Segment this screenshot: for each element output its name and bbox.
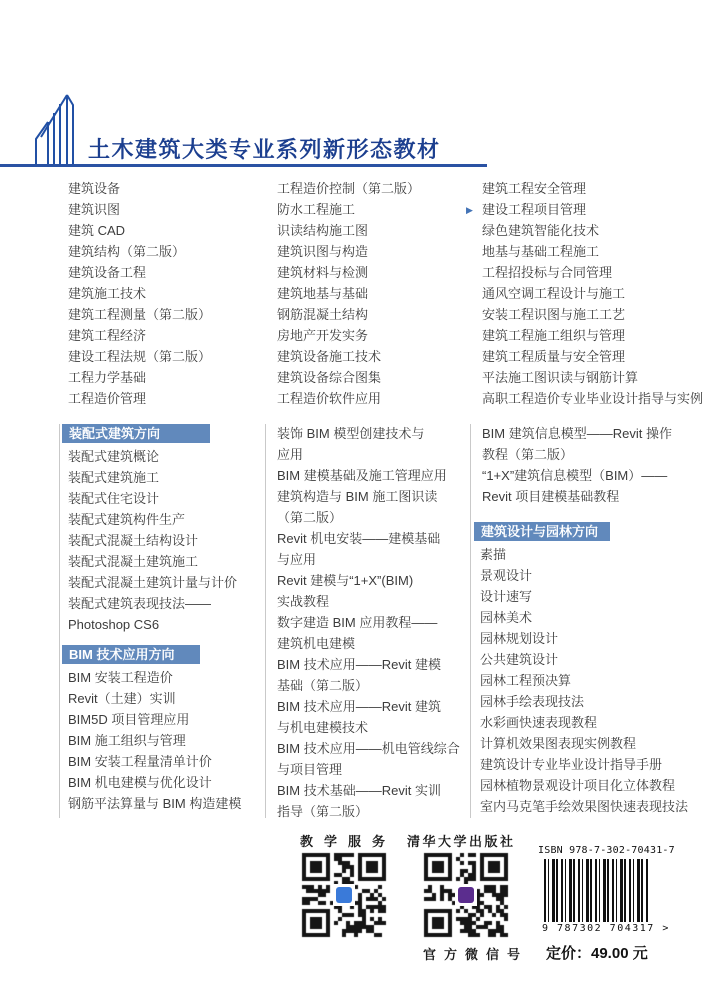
- official-wechat-label: 官方微信号: [423, 944, 528, 963]
- column-divider-right: [470, 424, 471, 818]
- book-title: ▶通风空调工程设计与施工: [482, 283, 703, 304]
- main-series-list-col-3: ▶建筑工程安全管理 ▶建设工程项目管理 ▶绿色建筑智能化技术 ▶地基与基础工程施…: [482, 178, 703, 409]
- book-title: 建筑地基与基础: [277, 283, 420, 304]
- book-title-line: BIM 建筑信息模型——Revit 操作: [482, 423, 672, 444]
- book-title: 建筑识图与构造: [277, 241, 420, 262]
- main-series-list-col-2: 工程造价控制（第二版）防水工程施工识读结构施工图建筑识图与构造建筑材料与检测建筑…: [277, 178, 420, 409]
- book-title: 钢筋平法算量与 BIM 构造建模: [68, 793, 241, 814]
- book-title: 工程力学基础: [68, 367, 211, 388]
- building-logo-icon: [33, 91, 77, 167]
- book-title: ▶工程招投标与合同管理: [482, 262, 703, 283]
- bim-book-list: BIM 安装工程造价Revit（土建）实训BIM5D 项目管理应用BIM 施工组…: [68, 667, 241, 814]
- section-design-landscape-direction: 建筑设计与园林方向 素描景观设计设计速写园林美术园林规划设计公共建筑设计园林工程…: [474, 522, 688, 817]
- teaching-service-label: 教学服务: [300, 831, 396, 850]
- book-title: 防水工程施工: [277, 199, 420, 220]
- section-prefab-direction: 装配式建筑方向 装配式建筑概论装配式建筑施工装配式住宅设计装配式建筑构件生产装配…: [62, 424, 237, 635]
- book-title: 工程造价控制（第二版）: [277, 178, 420, 199]
- column-divider-middle: [265, 424, 266, 818]
- price-label: 定价：49.00 元: [546, 942, 678, 963]
- book-title: 建筑设备施工技术: [277, 346, 420, 367]
- section-bim-direction: BIM 技术应用方向 BIM 安装工程造价Revit（土建）实训BIM5D 项目…: [62, 645, 241, 814]
- book-title: BIM 安装工程量清单计价: [68, 751, 241, 772]
- bim-book-list-col-3: BIM 建筑信息模型——Revit 操作教程（第二版）“1+X”建筑信息模型（B…: [482, 423, 672, 507]
- book-title-line: 指导（第二版）: [277, 801, 460, 822]
- book-title: 房地产开发实务: [277, 325, 420, 346]
- book-title-line: 建筑机电建模: [277, 633, 460, 654]
- book-title-line: Revit 建模与“1+X”(BIM): [277, 570, 460, 591]
- book-title: 工程造价管理: [68, 388, 211, 409]
- book-title: 装配式建筑概论: [68, 446, 237, 467]
- book-title: 建设工程法规（第二版）: [68, 346, 211, 367]
- blue-logo-chip: [336, 887, 352, 903]
- qr-code-wechat: [422, 851, 510, 939]
- book-title-line: 与应用: [277, 549, 460, 570]
- book-title-line: Revit 项目建模基础教程: [482, 486, 672, 507]
- series-title: 土木建筑大类专业系列新形态教材: [88, 133, 441, 164]
- book-title: 水彩画快速表现教程: [480, 712, 688, 733]
- book-title: BIM 安装工程造价: [68, 667, 241, 688]
- book-title: 素描: [480, 544, 688, 565]
- book-title-line: 实战教程: [277, 591, 460, 612]
- book-back-cover: 土木建筑大类专业系列新形态教材 建筑设备建筑识图建筑 CAD建筑结构（第二版）建…: [0, 0, 712, 1000]
- column-divider-left: [59, 424, 60, 818]
- book-title: 装配式建筑表现技法——: [68, 593, 237, 614]
- book-title: 建筑设计专业毕业设计指导手册: [480, 754, 688, 775]
- book-title: BIM5D 项目管理应用: [68, 709, 241, 730]
- book-title: 建筑结构（第二版）: [68, 241, 211, 262]
- qr-center-logo: [333, 884, 355, 906]
- book-title: ▶建筑工程安全管理: [482, 178, 703, 199]
- book-title: ▶绿色建筑智能化技术: [482, 220, 703, 241]
- book-title: 装配式混凝土建筑计量与计价: [68, 572, 237, 593]
- section-header-design: 建筑设计与园林方向: [474, 522, 610, 541]
- book-title: ▶建筑工程施工组织与管理: [482, 325, 703, 346]
- book-title: 钢筋混凝土结构: [277, 304, 420, 325]
- book-title-line: 装饰 BIM 模型创建技术与: [277, 423, 460, 444]
- book-title: 设计速写: [480, 586, 688, 607]
- book-title: 园林美术: [480, 607, 688, 628]
- book-title: ▶地基与基础工程施工: [482, 241, 703, 262]
- book-title: 公共建筑设计: [480, 649, 688, 670]
- book-title-line: （第二版）: [277, 507, 460, 528]
- book-title: 园林植物景观设计项目化立体教程: [480, 775, 688, 796]
- isbn-number: ISBN 978-7-302-70431-7: [538, 845, 678, 856]
- book-title: ▶建设工程项目管理: [482, 199, 703, 220]
- prefab-book-list: 装配式建筑概论装配式建筑施工装配式住宅设计装配式建筑构件生产装配式混凝土结构设计…: [68, 446, 237, 635]
- book-title: 建筑设备工程: [68, 262, 211, 283]
- current-book-arrow-icon: ▶: [466, 200, 473, 221]
- isbn-block: ISBN 978-7-302-70431-7 9 787302 704317 >…: [538, 845, 678, 963]
- publisher-label: 清华大学出版社: [407, 831, 516, 850]
- book-title: 建筑 CAD: [68, 220, 211, 241]
- book-title-line: BIM 技术应用——Revit 建模: [277, 654, 460, 675]
- book-title: 园林手绘表现技法: [480, 691, 688, 712]
- design-book-list: 素描景观设计设计速写园林美术园林规划设计公共建筑设计园林工程预决算园林手绘表现技…: [480, 544, 688, 817]
- book-title-line: “1+X”建筑信息模型（BIM）——: [482, 465, 672, 486]
- book-title: 装配式建筑施工: [68, 467, 237, 488]
- book-title: 建筑工程测量（第二版）: [68, 304, 211, 325]
- book-title-line: 建筑构造与 BIM 施工图识读: [277, 486, 460, 507]
- main-series-list-col-1: 建筑设备建筑识图建筑 CAD建筑结构（第二版）建筑设备工程建筑施工技术建筑工程测…: [68, 178, 211, 409]
- book-title: 装配式住宅设计: [68, 488, 237, 509]
- book-title: ▶建筑工程质量与安全管理: [482, 346, 703, 367]
- book-title: ▶平法施工图识读与钢筋计算: [482, 367, 703, 388]
- book-title-line: BIM 技术基础——Revit 实训: [277, 780, 460, 801]
- book-title-line: 教程（第二版）: [482, 444, 672, 465]
- qr-code-teaching-service: [300, 851, 388, 939]
- book-title-line: 数字建造 BIM 应用教程——: [277, 612, 460, 633]
- book-title-line: 基础（第二版）: [277, 675, 460, 696]
- book-title: 建筑施工技术: [68, 283, 211, 304]
- book-title: 园林规划设计: [480, 628, 688, 649]
- book-title: ▶高职工程造价专业毕业设计指导与实例: [482, 388, 703, 409]
- purple-logo-chip: [458, 887, 474, 903]
- book-title: 计算机效果图表现实例教程: [480, 733, 688, 754]
- book-title-line: BIM 建模基础及施工管理应用: [277, 465, 460, 486]
- title-underline: [0, 164, 487, 167]
- book-title: ▶安装工程识图与施工工艺: [482, 304, 703, 325]
- book-title: BIM 机电建模与优化设计: [68, 772, 241, 793]
- book-title: 建筑识图: [68, 199, 211, 220]
- barcode-digits: 9 787302 704317 >: [542, 923, 678, 934]
- book-title-line: 与机电建模技术: [277, 717, 460, 738]
- ean-barcode: [544, 859, 648, 922]
- book-title-line: Revit 机电安装——建模基础: [277, 528, 460, 549]
- book-title-line: 应用: [277, 444, 460, 465]
- book-title: 室内马克笔手绘效果图快速表现技法: [480, 796, 688, 817]
- book-title: 建筑设备综合图集: [277, 367, 420, 388]
- book-title-line: 与项目管理: [277, 759, 460, 780]
- book-title: 装配式混凝土结构设计: [68, 530, 237, 551]
- book-title: 园林工程预决算: [480, 670, 688, 691]
- book-title: BIM 施工组织与管理: [68, 730, 241, 751]
- book-title: Photoshop CS6: [68, 614, 237, 635]
- book-title-line: BIM 技术应用——Revit 建筑: [277, 696, 460, 717]
- section-header-prefab: 装配式建筑方向: [62, 424, 210, 443]
- book-title: 建筑设备: [68, 178, 211, 199]
- qr-center-logo: [455, 884, 477, 906]
- book-title: 建筑工程经济: [68, 325, 211, 346]
- book-title: 识读结构施工图: [277, 220, 420, 241]
- book-title-line: BIM 技术应用——机电管线综合: [277, 738, 460, 759]
- book-title: Revit（土建）实训: [68, 688, 241, 709]
- book-title: 建筑材料与检测: [277, 262, 420, 283]
- section-header-bim: BIM 技术应用方向: [62, 645, 200, 664]
- book-title: 工程造价软件应用: [277, 388, 420, 409]
- book-title: 装配式建筑构件生产: [68, 509, 237, 530]
- book-title: 装配式混凝土建筑施工: [68, 551, 237, 572]
- book-title: 景观设计: [480, 565, 688, 586]
- bim-book-list-col-2: 装饰 BIM 模型创建技术与应用BIM 建模基础及施工管理应用建筑构造与 BIM…: [277, 423, 460, 822]
